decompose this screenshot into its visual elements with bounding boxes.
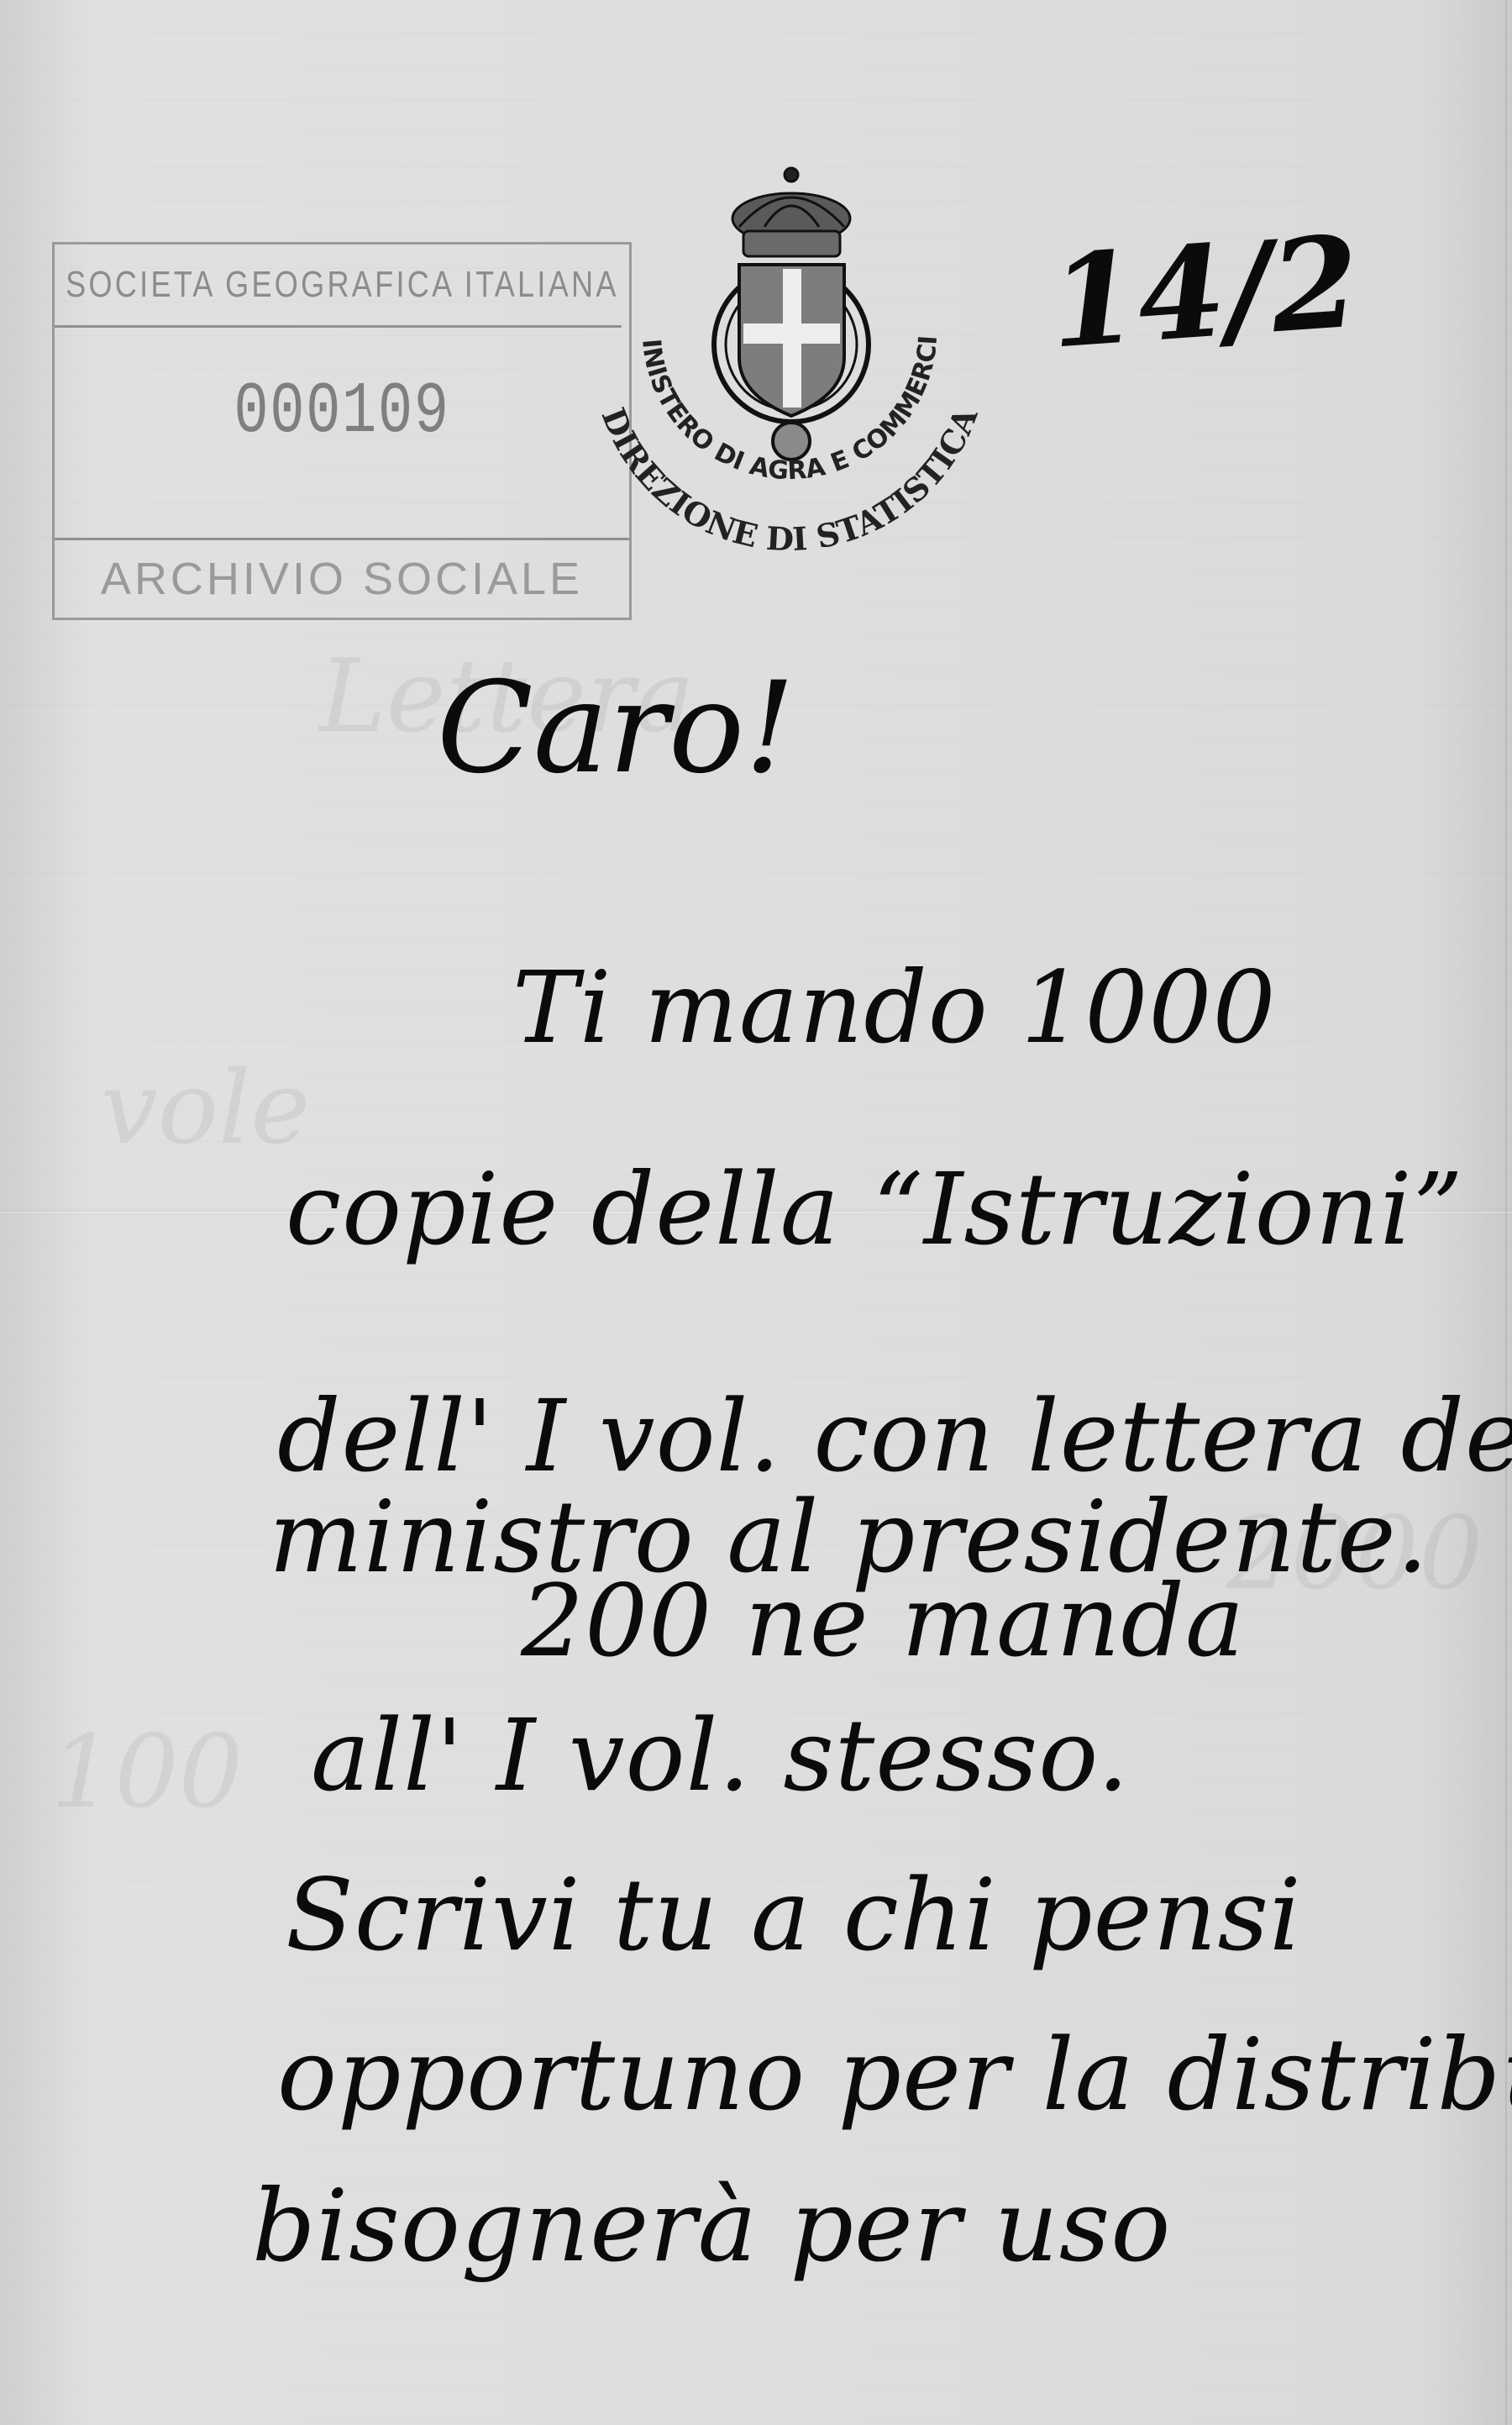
letter-line: dell' I vol. con lettera del bbox=[277, 1378, 1512, 1494]
letter-line: Scrivi tu a chi pensi bbox=[286, 1857, 1302, 1973]
letter-line: bisognerà per uso bbox=[252, 2168, 1171, 2284]
letter-line: opportuno per la distribuzione? bbox=[277, 2017, 1512, 2133]
stamp-number: 000109 bbox=[112, 371, 571, 453]
letter-page: Lettera vole 2000 100 SOCIETA GEOGRAFICA… bbox=[0, 0, 1512, 2425]
ministry-seal: MINISTERO DI AGRA E COMMERCIO DIREZIONE … bbox=[571, 151, 1008, 571]
letter-line: all' I vol. stesso. bbox=[311, 1697, 1130, 1813]
letter-line: copie della “Istruzioni” bbox=[286, 1151, 1464, 1267]
show-through-text: vole bbox=[101, 1050, 310, 1167]
letter-line: Ti mando 1000 bbox=[512, 949, 1277, 1065]
letter-line: 200 ne manda bbox=[521, 1563, 1245, 1679]
stamp-institution: SOCIETA GEOGRAFICA ITALIANA bbox=[55, 245, 622, 328]
reference-mark: 14/2 bbox=[1045, 208, 1363, 376]
salutation: Caro! bbox=[437, 655, 795, 802]
archive-stamp: SOCIETA GEOGRAFICA ITALIANA 000109 ARCHI… bbox=[52, 242, 632, 620]
savoy-crest-icon: MINISTERO DI AGRA E COMMERCIO DIREZIONE … bbox=[571, 151, 1008, 571]
stamp-section: ARCHIVIO SOCIALE bbox=[55, 538, 629, 618]
show-through-text: 100 bbox=[50, 1714, 243, 1831]
